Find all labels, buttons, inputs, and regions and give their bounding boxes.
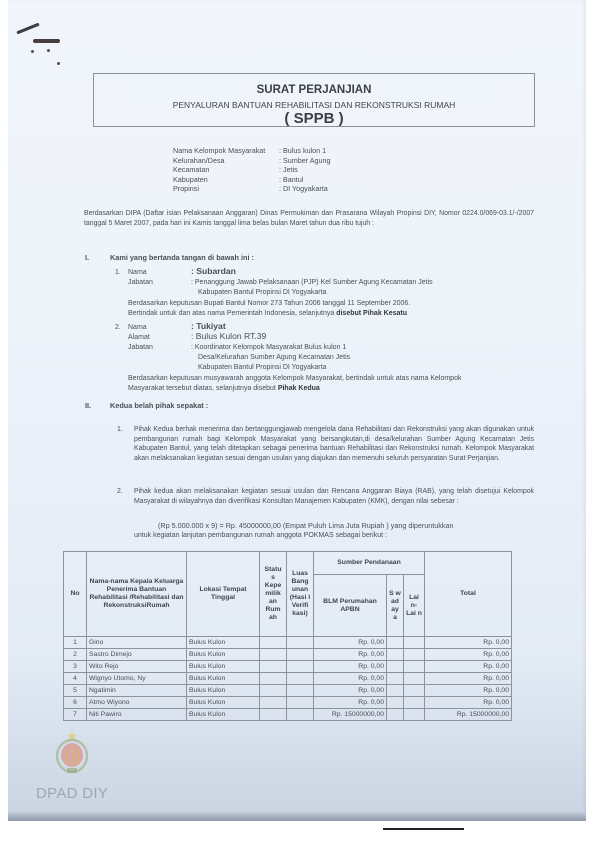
ownership-status <box>260 649 287 661</box>
other-amount <box>404 637 425 649</box>
recipient-name: Wignyo Utomo, Ny <box>87 673 187 685</box>
recipient-name: Sastro Dimejo <box>87 649 187 661</box>
identity-block: Nama Kelompok Masyarakat: Bulus kulon 1K… <box>173 146 331 194</box>
party-2-basis: Berdasarkan keputusan musyawarah anggota… <box>128 374 461 384</box>
party-2-role: : Koordinator Kelompok Masyarakat Bulus … <box>191 343 346 353</box>
col-header-blm: BLM Perumahan APBN <box>314 575 387 637</box>
party-1-designation: disebut Pihak Kesatu <box>336 310 407 317</box>
section-1-heading: Kami yang bertanda tangan di bawah ini : <box>110 253 254 263</box>
page-shadow <box>8 812 586 821</box>
col-header-funding: Sumber Pendanaan <box>314 552 425 575</box>
col-header-total: Total <box>425 552 512 637</box>
building-area <box>287 661 314 673</box>
row-number: 5 <box>64 685 87 697</box>
location: Bulus Kulon <box>187 649 260 661</box>
other-amount <box>404 661 425 673</box>
location: Bulus Kulon <box>187 709 260 721</box>
other-amount <box>404 709 425 721</box>
document-title: SURAT PERJANJIAN <box>94 84 534 96</box>
identity-value: : DI Yogyakarta <box>279 184 328 194</box>
total-amount: Rp. 0,00 <box>425 697 512 709</box>
building-area <box>287 637 314 649</box>
blm-amount: Rp. 0,00 <box>314 637 387 649</box>
identity-row: Kecamatan: Jetis <box>173 165 331 175</box>
recipient-name: Ngatimin <box>87 685 187 697</box>
agreement-1-number: 1. <box>117 425 123 435</box>
col-header-swadaya: S w ad ay a <box>387 575 404 637</box>
identity-label: Nama Kelompok Masyarakat <box>173 146 279 156</box>
row-number: 6 <box>64 697 87 709</box>
col-header-location: Lokasi Tempat Tinggal <box>187 552 260 637</box>
location: Bulus Kulon <box>187 637 260 649</box>
other-amount <box>404 685 425 697</box>
party-2-address: : Bulus Kulon RT.39 <box>191 332 266 342</box>
ownership-status <box>260 697 287 709</box>
party-2-basis-text: Masyarakat tersebut diatas, selanjutnya … <box>128 385 278 392</box>
agreement-2-number: 2. <box>117 487 123 497</box>
row-number: 3 <box>64 661 87 673</box>
party-1-role-label: Jabatan <box>128 278 153 288</box>
total-amount: Rp. 0,00 <box>425 637 512 649</box>
party-1-basis: Berdasarkan keputusan Bupati Bantul Nomo… <box>128 299 410 309</box>
building-area <box>287 697 314 709</box>
other-amount <box>404 673 425 685</box>
col-header-name: Nama-nama Kepala Keluarga Penerima Bantu… <box>87 552 187 637</box>
identity-value: : Sumber Agung <box>279 156 331 166</box>
intro-paragraph: Berdasarkan DIPA (Daftar isian Pelaksana… <box>84 209 534 228</box>
building-area <box>287 709 314 721</box>
building-area <box>287 685 314 697</box>
amount-line: (Rp 5.000.000 x 9) = Rp. 45000000,00 (Em… <box>158 521 453 531</box>
col-header-no: No <box>64 552 87 637</box>
row-number: 1 <box>64 637 87 649</box>
total-amount: Rp. 0,00 <box>425 661 512 673</box>
title-box: SURAT PERJANJIAN PENYALURAN BANTUAN REHA… <box>93 73 535 127</box>
table-row: 7Niti PawiroBulus KulonRp. 15000000,00Rp… <box>64 709 512 721</box>
swadaya-amount <box>387 649 404 661</box>
swadaya-amount <box>387 661 404 673</box>
party-2-number: 2. <box>115 323 121 333</box>
row-number: 7 <box>64 709 87 721</box>
location: Bulus Kulon <box>187 685 260 697</box>
party-1-name-label: Nama <box>128 268 147 278</box>
party-1-number: 1. <box>115 268 121 278</box>
identity-label: Kecamatan <box>173 165 279 175</box>
party-1-role: : Penanggung Jawab Pelaksanaan (PJP) Kel… <box>191 278 433 288</box>
identity-value: : Jetis <box>279 165 298 175</box>
party-2-basis-cont: Masyarakat tersebut diatas, selanjutnya … <box>128 384 320 394</box>
party-1-acting-text: Bertindak untuk dan atas nama Pemerintah… <box>128 310 336 317</box>
table-row: 5NgatiminBulus KulonRp. 0,00Rp. 0,00 <box>64 685 512 697</box>
col-header-area: Luas Bang unan (Hasi l Verifi kasi) <box>287 552 314 637</box>
document-subtitle: PENYALURAN BANTUAN REHABILITASI DAN REKO… <box>94 100 534 110</box>
recipient-name: Gino <box>87 637 187 649</box>
swadaya-amount <box>387 637 404 649</box>
identity-row: Nama Kelompok Masyarakat: Bulus kulon 1 <box>173 146 331 156</box>
party-1-name: : Subardan <box>191 267 236 277</box>
swadaya-amount <box>387 685 404 697</box>
pen-mark <box>33 39 60 43</box>
table-row: 2Sastro DimejoBulus KulonRp. 0,00Rp. 0,0… <box>64 649 512 661</box>
location: Bulus Kulon <box>187 697 260 709</box>
party-2-role-cont-2: Kabupaten Bantul Propinsi DI Yogyakarta <box>198 363 326 373</box>
identity-label: Kelurahan/Desa <box>173 156 279 166</box>
other-amount <box>404 697 425 709</box>
watermark-label: DPAD DIY <box>36 785 108 802</box>
table-row: 1GinoBulus KulonRp. 0,00Rp. 0,00 <box>64 637 512 649</box>
col-header-lain: Lai n- Lai n <box>404 575 425 637</box>
coat-of-arms-icon <box>52 730 92 778</box>
col-header-status: Statu s Kepe milik an Rum ah <box>260 552 287 637</box>
total-amount: Rp. 15000000,00 <box>425 709 512 721</box>
blm-amount: Rp. 0,00 <box>314 661 387 673</box>
ownership-status <box>260 637 287 649</box>
blm-amount: Rp. 15000000,00 <box>314 709 387 721</box>
identity-value: : Bantul <box>279 175 303 185</box>
document-code: ( SPPB ) <box>94 110 534 127</box>
swadaya-amount <box>387 673 404 685</box>
location: Bulus Kulon <box>187 661 260 673</box>
ink-dot <box>57 62 60 65</box>
total-amount: Rp. 0,00 <box>425 673 512 685</box>
ink-dot <box>31 50 34 53</box>
party-2-role-cont: Desa/Kelurahan Sumber Agung Kecamatan Je… <box>198 353 350 363</box>
other-amount <box>404 649 425 661</box>
table-row: 6Atmo WiyonoBulus KulonRp. 0,00Rp. 0,00 <box>64 697 512 709</box>
recipient-name: Atmo Wiyono <box>87 697 187 709</box>
party-2-designation: Pihak Kedua <box>278 385 320 392</box>
identity-row: Kelurahan/Desa: Sumber Agung <box>173 156 331 166</box>
identity-row: Propinsi: DI Yogyakarta <box>173 184 331 194</box>
recipients-table: No Nama-nama Kepala Keluarga Penerima Ba… <box>63 551 512 721</box>
total-amount: Rp. 0,00 <box>425 649 512 661</box>
amount-line-cont: untuk kegiatan lanjutan pembangunan ruma… <box>134 531 387 541</box>
ownership-status <box>260 673 287 685</box>
agreement-1-text: Pihak Kedua berhak menerima dan bertangg… <box>134 425 534 463</box>
party-1-role-cont: Kabupaten Bantul Propinsi DI Yogyakarta <box>198 288 326 298</box>
swadaya-amount <box>387 709 404 721</box>
swadaya-amount <box>387 697 404 709</box>
total-amount: Rp. 0,00 <box>425 685 512 697</box>
table-row: 4Wignyo Utomo, NyBulus KulonRp. 0,00Rp. … <box>64 673 512 685</box>
blm-amount: Rp. 0,00 <box>314 673 387 685</box>
party-1-acting: Bertindak untuk dan atas nama Pemerintah… <box>128 309 407 319</box>
ownership-status <box>260 709 287 721</box>
ownership-status <box>260 685 287 697</box>
identity-row: Kabupaten: Bantul <box>173 175 331 185</box>
ownership-status <box>260 661 287 673</box>
building-area <box>287 673 314 685</box>
location: Bulus Kulon <box>187 673 260 685</box>
party-2-role-label: Jabatan <box>128 343 153 353</box>
row-number: 2 <box>64 649 87 661</box>
party-2-address-label: Alamat <box>128 333 150 343</box>
agreement-2-text: Pihak kedua akan melaksanakan kegiatan s… <box>134 487 534 506</box>
identity-label: Propinsi <box>173 184 279 194</box>
section-1-numeral: I. <box>85 253 89 263</box>
ink-dot <box>47 49 50 52</box>
identity-label: Kabupaten <box>173 175 279 185</box>
stamp-line <box>383 828 464 830</box>
building-area <box>287 649 314 661</box>
identity-value: : Bulus kulon 1 <box>279 146 326 156</box>
table-row: 3Wito RejoBulus KulonRp. 0,00Rp. 0,00 <box>64 661 512 673</box>
row-number: 4 <box>64 673 87 685</box>
recipient-name: Wito Rejo <box>87 661 187 673</box>
blm-amount: Rp. 0,00 <box>314 697 387 709</box>
party-2-name-label: Nama <box>128 323 147 333</box>
section-2-heading: Kedua belah pihak sepakat : <box>110 401 208 411</box>
section-2-numeral: II. <box>85 401 91 411</box>
blm-amount: Rp. 0,00 <box>314 685 387 697</box>
blm-amount: Rp. 0,00 <box>314 649 387 661</box>
recipient-name: Niti Pawiro <box>87 709 187 721</box>
